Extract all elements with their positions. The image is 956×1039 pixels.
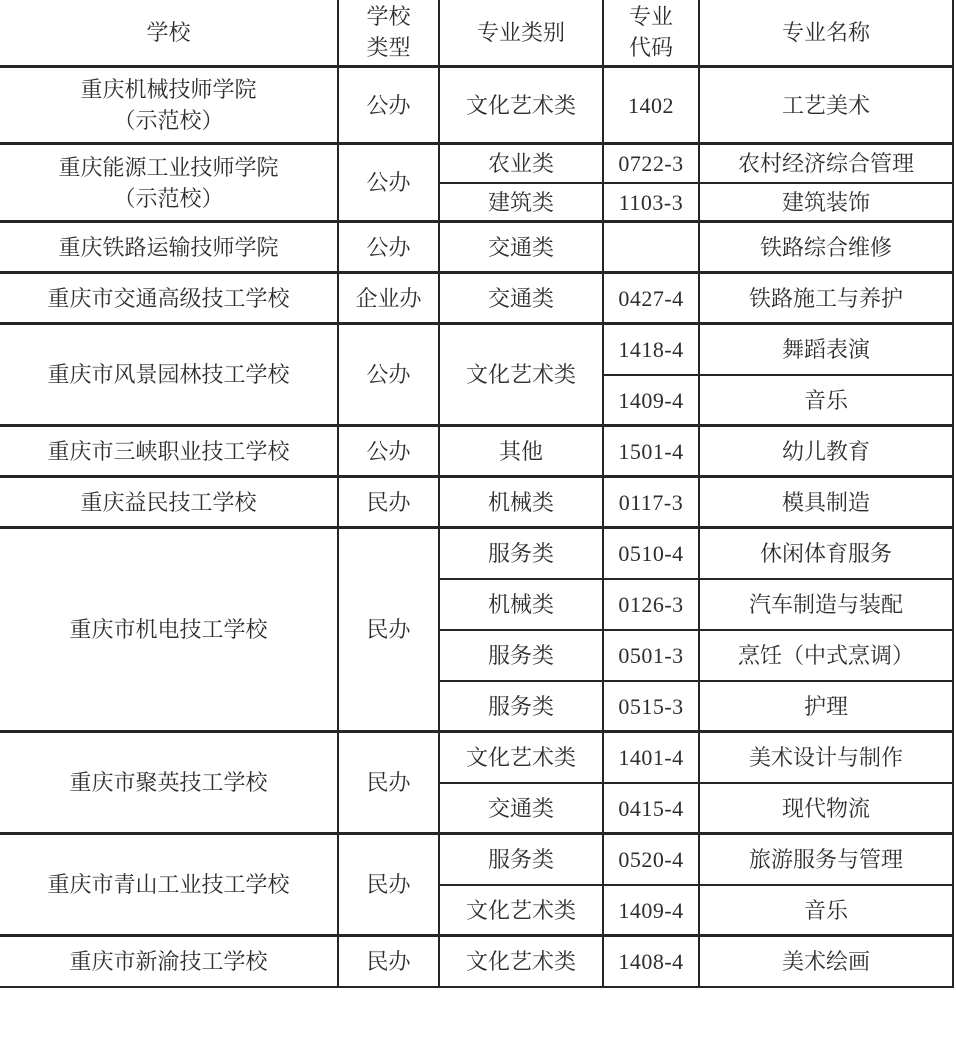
cell-text: 专业名称 bbox=[782, 20, 870, 45]
major-code-cell: 0126-3 bbox=[603, 579, 699, 630]
major-category-cell: 服务类 bbox=[439, 630, 603, 681]
major-code-cell: 1501-4 bbox=[603, 426, 699, 477]
cell-text: 0427-4 bbox=[618, 286, 683, 311]
cell-text: 1408-4 bbox=[618, 949, 683, 974]
document-page: 学校学校类型专业类别专业代码专业名称 重庆机械技师学院（示范校）公办文化艺术类1… bbox=[0, 0, 956, 1039]
cell-text: 美术设计与制作 bbox=[749, 745, 903, 770]
major-code-cell: 0515-3 bbox=[603, 681, 699, 732]
cell-text: 交通类 bbox=[488, 796, 554, 821]
major-row: 重庆益民技工学校民办机械类0117-3模具制造 bbox=[0, 477, 953, 528]
major-row: 重庆市新渝技工学校民办文化艺术类1408-4美术绘画 bbox=[0, 936, 953, 987]
school-name-cell: 重庆市青山工业技工学校 bbox=[0, 834, 338, 936]
school-type-cell: 公办 bbox=[338, 324, 439, 426]
cell-text: 机械类 bbox=[488, 490, 554, 515]
cell-text: 工艺美术 bbox=[782, 93, 870, 118]
major-code-cell: 1402 bbox=[603, 67, 699, 144]
cell-text: 舞蹈表演 bbox=[782, 337, 870, 362]
school-type-cell: 民办 bbox=[338, 732, 439, 834]
major-category-cell: 服务类 bbox=[439, 681, 603, 732]
cell-text: 建筑类 bbox=[488, 190, 554, 215]
cell-text: 重庆市交通高级技工学校 bbox=[47, 286, 289, 311]
cell-text: 0117-3 bbox=[619, 490, 684, 515]
cell-text: 重庆市青山工业技工学校 bbox=[47, 872, 289, 897]
major-name-cell: 模具制造 bbox=[699, 477, 953, 528]
cell-text: 服务类 bbox=[488, 694, 554, 719]
major-row: 重庆市机电技工学校民办服务类0510-4休闲体育服务 bbox=[0, 528, 953, 579]
major-code-cell: 0520-4 bbox=[603, 834, 699, 885]
cell-text: （示范校） bbox=[113, 108, 223, 133]
major-category-cell: 机械类 bbox=[439, 579, 603, 630]
cell-text: 服务类 bbox=[488, 847, 554, 872]
cell-text: 公办 bbox=[366, 439, 410, 464]
cell-text: 交通类 bbox=[488, 286, 554, 311]
cell-text: 重庆市风景园林技工学校 bbox=[47, 362, 289, 387]
cell-text: 1409-4 bbox=[618, 388, 683, 413]
school-name-cell: 重庆市风景园林技工学校 bbox=[0, 324, 338, 426]
cell-text: 企业办 bbox=[355, 286, 421, 311]
major-name-cell: 美术设计与制作 bbox=[699, 732, 953, 783]
major-name-cell: 休闲体育服务 bbox=[699, 528, 953, 579]
cell-text: 模具制造 bbox=[782, 490, 870, 515]
col-header-major-category: 专业类别 bbox=[439, 0, 603, 67]
cell-text: 音乐 bbox=[804, 388, 848, 413]
cell-text: 服务类 bbox=[488, 541, 554, 566]
school-type-cell: 民办 bbox=[338, 834, 439, 936]
cell-text: 0515-3 bbox=[618, 694, 683, 719]
cell-text: 农村经济综合管理 bbox=[738, 151, 914, 176]
cell-text: 休闲体育服务 bbox=[760, 541, 892, 566]
school-name-cell: 重庆市三峡职业技工学校 bbox=[0, 426, 338, 477]
cell-text: 0415-4 bbox=[618, 796, 683, 821]
major-name-cell: 汽车制造与装配 bbox=[699, 579, 953, 630]
cell-text: 0510-4 bbox=[618, 541, 683, 566]
col-header-school: 学校 bbox=[0, 0, 338, 67]
school-type-cell: 企业办 bbox=[338, 273, 439, 324]
cell-text: 民办 bbox=[366, 770, 410, 795]
major-name-cell: 护理 bbox=[699, 681, 953, 732]
major-code-cell: 0510-4 bbox=[603, 528, 699, 579]
cell-text: 民办 bbox=[366, 490, 410, 515]
school-type-cell: 公办 bbox=[338, 222, 439, 273]
major-row: 重庆市聚英技工学校民办文化艺术类1401-4美术设计与制作 bbox=[0, 732, 953, 783]
school-type-cell: 民办 bbox=[338, 528, 439, 732]
cell-text: 文化艺术类 bbox=[466, 949, 576, 974]
cell-text: 0520-4 bbox=[618, 847, 683, 872]
major-category-cell: 文化艺术类 bbox=[439, 67, 603, 144]
cell-text: 代码 bbox=[629, 35, 673, 60]
major-code-cell: 0415-4 bbox=[603, 783, 699, 834]
major-category-cell: 机械类 bbox=[439, 477, 603, 528]
cell-text: 其他 bbox=[499, 439, 543, 464]
major-code-cell: 0427-4 bbox=[603, 273, 699, 324]
cell-text: 音乐 bbox=[804, 898, 848, 923]
major-row: 重庆机械技师学院（示范校）公办文化艺术类1402工艺美术 bbox=[0, 67, 953, 144]
school-name-cell: 重庆市机电技工学校 bbox=[0, 528, 338, 732]
cell-text: 学校 bbox=[146, 20, 190, 45]
cell-text: 旅游服务与管理 bbox=[749, 847, 903, 872]
major-name-cell: 音乐 bbox=[699, 375, 953, 426]
cell-text: 美术绘画 bbox=[782, 949, 870, 974]
cell-text: 重庆市机电技工学校 bbox=[69, 617, 267, 642]
major-code-cell: 1103-3 bbox=[603, 183, 699, 222]
cell-text: 护理 bbox=[804, 694, 848, 719]
major-code-cell: 1418-4 bbox=[603, 324, 699, 375]
cell-text: 专业 bbox=[629, 4, 673, 29]
major-name-cell: 铁路施工与养护 bbox=[699, 273, 953, 324]
cell-text: 现代物流 bbox=[782, 796, 870, 821]
cell-text: 铁路综合维修 bbox=[760, 235, 892, 260]
major-category-cell: 文化艺术类 bbox=[439, 324, 603, 426]
school-name-cell: 重庆机械技师学院（示范校） bbox=[0, 67, 338, 144]
cell-text: 民办 bbox=[366, 872, 410, 897]
major-name-cell: 农村经济综合管理 bbox=[699, 144, 953, 183]
major-row: 重庆铁路运输技师学院公办交通类铁路综合维修 bbox=[0, 222, 953, 273]
school-name-cell: 重庆能源工业技师学院（示范校） bbox=[0, 144, 338, 222]
cell-text: 1402 bbox=[628, 93, 674, 118]
cell-text: 公办 bbox=[366, 362, 410, 387]
major-code-cell: 1409-4 bbox=[603, 375, 699, 426]
major-name-cell: 旅游服务与管理 bbox=[699, 834, 953, 885]
school-name-cell: 重庆益民技工学校 bbox=[0, 477, 338, 528]
major-name-cell: 建筑装饰 bbox=[699, 183, 953, 222]
major-category-cell: 建筑类 bbox=[439, 183, 603, 222]
major-name-cell: 烹饪（中式烹调） bbox=[699, 630, 953, 681]
school-name-cell: 重庆铁路运输技师学院 bbox=[0, 222, 338, 273]
cell-text: 烹饪（中式烹调） bbox=[738, 643, 914, 668]
major-row: 重庆市三峡职业技工学校公办其他1501-4幼儿教育 bbox=[0, 426, 953, 477]
major-code-cell bbox=[603, 222, 699, 273]
major-name-cell: 音乐 bbox=[699, 885, 953, 936]
cell-text: 建筑装饰 bbox=[782, 190, 870, 215]
school-type-cell: 民办 bbox=[338, 936, 439, 987]
cell-text: 重庆铁路运输技师学院 bbox=[58, 235, 278, 260]
col-header-major-name: 专业名称 bbox=[699, 0, 953, 67]
cell-text: 1501-4 bbox=[618, 439, 683, 464]
cell-text: 公办 bbox=[366, 170, 410, 195]
major-row: 重庆能源工业技师学院（示范校）公办农业类0722-3农村经济综合管理 bbox=[0, 144, 953, 183]
cell-text: 文化艺术类 bbox=[466, 362, 576, 387]
cell-text: 机械类 bbox=[488, 592, 554, 617]
cell-text: 服务类 bbox=[488, 643, 554, 668]
cell-text: 1418-4 bbox=[618, 337, 683, 362]
school-type-cell: 民办 bbox=[338, 477, 439, 528]
cell-text: 0501-3 bbox=[618, 643, 683, 668]
cell-text: 重庆市聚英技工学校 bbox=[69, 770, 267, 795]
major-row: 重庆市交通高级技工学校企业办交通类0427-4铁路施工与养护 bbox=[0, 273, 953, 324]
cell-text: （示范校） bbox=[113, 186, 223, 211]
major-name-cell: 工艺美术 bbox=[699, 67, 953, 144]
cell-text: 民办 bbox=[366, 949, 410, 974]
school-name-cell: 重庆市聚英技工学校 bbox=[0, 732, 338, 834]
major-category-cell: 文化艺术类 bbox=[439, 885, 603, 936]
major-category-cell: 交通类 bbox=[439, 222, 603, 273]
cell-text: 专业类别 bbox=[477, 20, 565, 45]
cell-text: 幼儿教育 bbox=[782, 439, 870, 464]
cell-text: 1401-4 bbox=[618, 745, 683, 770]
cell-text: 重庆市新渝技工学校 bbox=[69, 949, 267, 974]
cell-text: 学校 bbox=[366, 4, 410, 29]
cell-text: 1409-4 bbox=[618, 898, 683, 923]
table-header: 学校学校类型专业类别专业代码专业名称 bbox=[0, 0, 953, 67]
cell-text: 公办 bbox=[366, 93, 410, 118]
table-body: 重庆机械技师学院（示范校）公办文化艺术类1402工艺美术重庆能源工业技师学院（示… bbox=[0, 67, 953, 987]
school-type-cell: 公办 bbox=[338, 144, 439, 222]
school-name-cell: 重庆市新渝技工学校 bbox=[0, 936, 338, 987]
cell-text: 重庆能源工业技师学院 bbox=[58, 155, 278, 180]
cell-text: 重庆市三峡职业技工学校 bbox=[47, 439, 289, 464]
header-row: 学校学校类型专业类别专业代码专业名称 bbox=[0, 0, 953, 67]
major-category-cell: 交通类 bbox=[439, 273, 603, 324]
major-category-cell: 文化艺术类 bbox=[439, 732, 603, 783]
cell-text: 文化艺术类 bbox=[466, 898, 576, 923]
school-type-cell: 公办 bbox=[338, 426, 439, 477]
cell-text: 文化艺术类 bbox=[466, 745, 576, 770]
cell-text: 汽车制造与装配 bbox=[749, 592, 903, 617]
cell-text: 类型 bbox=[366, 35, 410, 60]
cell-text: 重庆益民技工学校 bbox=[80, 490, 256, 515]
cell-text: 农业类 bbox=[488, 151, 554, 176]
major-name-cell: 现代物流 bbox=[699, 783, 953, 834]
major-code-cell: 1408-4 bbox=[603, 936, 699, 987]
major-name-cell: 幼儿教育 bbox=[699, 426, 953, 477]
cell-text: 交通类 bbox=[488, 235, 554, 260]
school-type-cell: 公办 bbox=[338, 67, 439, 144]
major-category-cell: 交通类 bbox=[439, 783, 603, 834]
cell-text: 文化艺术类 bbox=[466, 93, 576, 118]
major-category-cell: 其他 bbox=[439, 426, 603, 477]
col-header-school-type: 学校类型 bbox=[338, 0, 439, 67]
major-row: 重庆市风景园林技工学校公办文化艺术类1418-4舞蹈表演 bbox=[0, 324, 953, 375]
cell-text: 0126-3 bbox=[618, 592, 683, 617]
major-code-cell: 0501-3 bbox=[603, 630, 699, 681]
cell-text: 1103-3 bbox=[619, 190, 684, 215]
major-code-cell: 1409-4 bbox=[603, 885, 699, 936]
major-category-cell: 文化艺术类 bbox=[439, 936, 603, 987]
col-header-major-code: 专业代码 bbox=[603, 0, 699, 67]
cell-text: 重庆机械技师学院 bbox=[80, 77, 256, 102]
major-code-cell: 0722-3 bbox=[603, 144, 699, 183]
school-major-table: 学校学校类型专业类别专业代码专业名称 重庆机械技师学院（示范校）公办文化艺术类1… bbox=[0, 0, 954, 988]
major-row: 重庆市青山工业技工学校民办服务类0520-4旅游服务与管理 bbox=[0, 834, 953, 885]
major-name-cell: 铁路综合维修 bbox=[699, 222, 953, 273]
major-name-cell: 舞蹈表演 bbox=[699, 324, 953, 375]
major-category-cell: 服务类 bbox=[439, 834, 603, 885]
major-category-cell: 农业类 bbox=[439, 144, 603, 183]
major-category-cell: 服务类 bbox=[439, 528, 603, 579]
cell-text: 铁路施工与养护 bbox=[749, 286, 903, 311]
school-name-cell: 重庆市交通高级技工学校 bbox=[0, 273, 338, 324]
cell-text: 公办 bbox=[366, 235, 410, 260]
major-code-cell: 0117-3 bbox=[603, 477, 699, 528]
major-name-cell: 美术绘画 bbox=[699, 936, 953, 987]
cell-text: 0722-3 bbox=[618, 151, 683, 176]
major-code-cell: 1401-4 bbox=[603, 732, 699, 783]
cell-text: 民办 bbox=[366, 617, 410, 642]
